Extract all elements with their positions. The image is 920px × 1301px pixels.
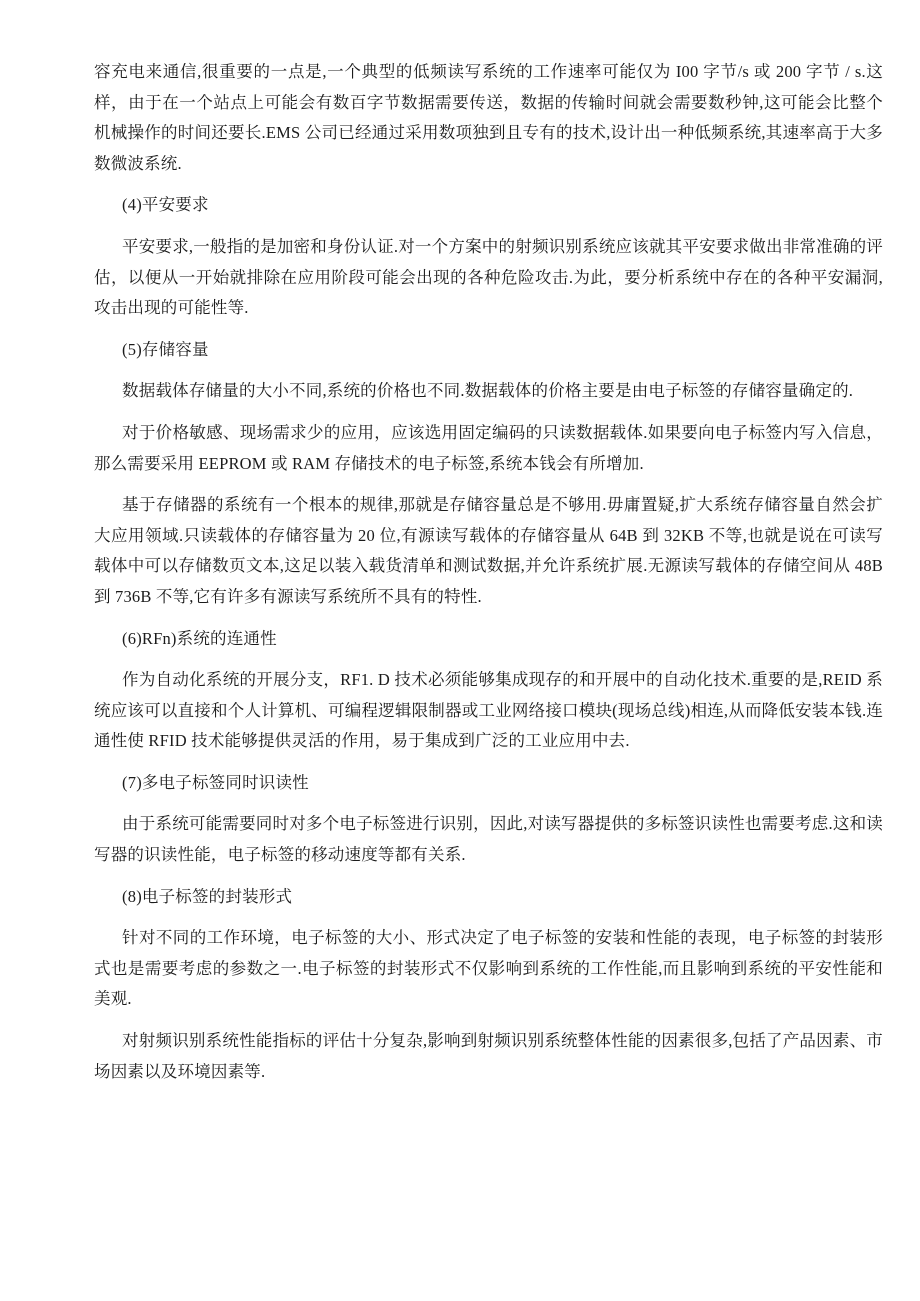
section-heading: (6)RFn)系统的连通性 <box>94 624 883 655</box>
document-body: 容充电来通信,很重要的一点是,一个典型的低频读写系统的工作速率可能仅为 I00 … <box>94 57 883 1087</box>
paragraph: 作为自动化系统的开展分支，RF1. D 技术必须能够集成现存的和开展中的自动化技… <box>94 665 883 757</box>
paragraph: 平安要求,一般指的是加密和身份认证.对一个方案中的射频识别系统应该就其平安要求做… <box>94 232 883 324</box>
paragraph: 容充电来通信,很重要的一点是,一个典型的低频读写系统的工作速率可能仅为 I00 … <box>94 57 883 179</box>
paragraph: 对于价格敏感、现场需求少的应用，应该选用固定编码的只读数据载体.如果要向电子标签… <box>94 418 883 479</box>
section-heading: (4)平安要求 <box>94 190 883 221</box>
paragraph: 数据载体存储量的大小不同,系统的价格也不同.数据载体的价格主要是由电子标签的存储… <box>94 376 883 407</box>
paragraph: 由于系统可能需要同时对多个电子标签进行识别，因此,对读写器提供的多标签识读性也需… <box>94 809 883 870</box>
section-heading: (7)多电子标签同时识读性 <box>94 768 883 799</box>
section-heading: (5)存储容量 <box>94 335 883 366</box>
document-page: 容充电来通信,很重要的一点是,一个典型的低频读写系统的工作速率可能仅为 I00 … <box>0 0 920 1301</box>
paragraph: 对射频识别系统性能指标的评估十分复杂,影响到射频识别系统整体性能的因素很多,包括… <box>94 1026 883 1087</box>
section-heading: (8)电子标签的封装形式 <box>94 882 883 913</box>
paragraph: 针对不同的工作环境，电子标签的大小、形式决定了电子标签的安装和性能的表现，电子标… <box>94 923 883 1015</box>
paragraph: 基于存储器的系统有一个根本的规律,那就是存储容量总是不够用.毋庸置疑,扩大系统存… <box>94 490 883 612</box>
